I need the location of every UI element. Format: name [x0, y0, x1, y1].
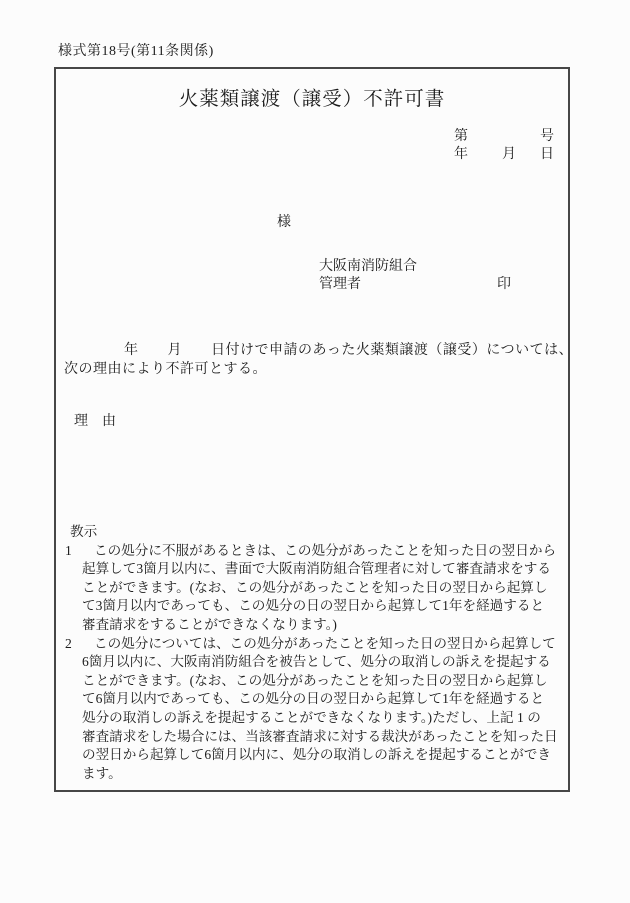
document-title: 火薬類譲渡（譲受）不許可書	[56, 83, 568, 111]
notice-line: の翌日から起算して6箇月以内に、処分の取消しの訴えを提起することができ	[82, 746, 568, 765]
notice-line: ことができます。(なお、この処分があったことを知った日の翌日から起算し	[82, 579, 568, 598]
body-line-2: 次の理由により不許可とする。	[64, 360, 566, 379]
document-box: 火薬類譲渡（譲受）不許可書 第 号 年 月 日 様 大阪南消防組合 管理者 印 …	[54, 67, 570, 792]
notice-line: この処分に不服があるときは、この処分があったことを知った日の翌日から	[82, 542, 568, 561]
doc-number-prefix: 第	[454, 125, 468, 145]
notice-item-2: 2 この処分については、この処分があったことを知った日の翌日から起算して 6箇月…	[64, 635, 568, 784]
body-paragraph: 年 月 日付けで申請のあった火薬類譲渡（譲受）については、 次の理由により不許可…	[64, 341, 566, 379]
notice-heading: 教示	[64, 523, 568, 542]
doc-number-suffix: 号	[540, 125, 554, 145]
notice-section: 教示 1 この処分に不服があるときは、この処分があったことを知った日の翌日から …	[64, 523, 568, 783]
body-line-1: 年 月 日付けで申請のあった火薬類譲渡（譲受）については、	[64, 341, 566, 360]
notice-line: 処分の取消しの訴えを提起することができなくなります。)ただし、上記 1 の	[82, 709, 568, 728]
addressee-honorific: 様	[277, 211, 291, 231]
notice-line: 起算して3箇月以内に、書面で大阪南消防組合管理者に対して審査請求をする	[82, 560, 568, 579]
seal-mark: 印	[497, 273, 511, 293]
notice-line: 審査請求をした場合には、当該審査請求に対する裁決があったことを知った日	[82, 728, 568, 747]
notice-line: て3箇月以内であっても、この処分の日の翌日から起算して1年を経過すると	[82, 597, 568, 616]
date-month-label: 月	[502, 143, 516, 163]
issuer-org-name: 大阪南消防組合	[319, 255, 417, 275]
form-number-label: 様式第18号(第11条関係)	[58, 40, 214, 60]
date-day-label: 日	[540, 143, 554, 163]
notice-line: 審査請求をすることができなくなります。)	[82, 616, 568, 635]
notice-line: この処分については、この処分があったことを知った日の翌日から起算して	[82, 635, 568, 654]
document-page: { "page": { "form_label": "様式第18号(第11条関係…	[0, 0, 630, 903]
item-number: 1	[65, 542, 72, 561]
notice-line: ます。	[82, 765, 568, 784]
issuer-title: 管理者	[319, 273, 361, 293]
notice-line: て6箇月以内であっても、この処分の日の翌日から起算して1年を経過すると	[82, 690, 568, 709]
item-number: 2	[65, 635, 72, 654]
date-year-label: 年	[454, 143, 468, 163]
notice-item-1: 1 この処分に不服があるときは、この処分があったことを知った日の翌日から 起算し…	[64, 542, 568, 635]
reason-label: 理 由	[74, 410, 116, 430]
notice-line: 6箇月以内に、大阪南消防組合を被告として、処分の取消しの訴えを提起する	[82, 653, 568, 672]
notice-line: ことができます。(なお、この処分があったことを知った日の翌日から起算し	[82, 672, 568, 691]
